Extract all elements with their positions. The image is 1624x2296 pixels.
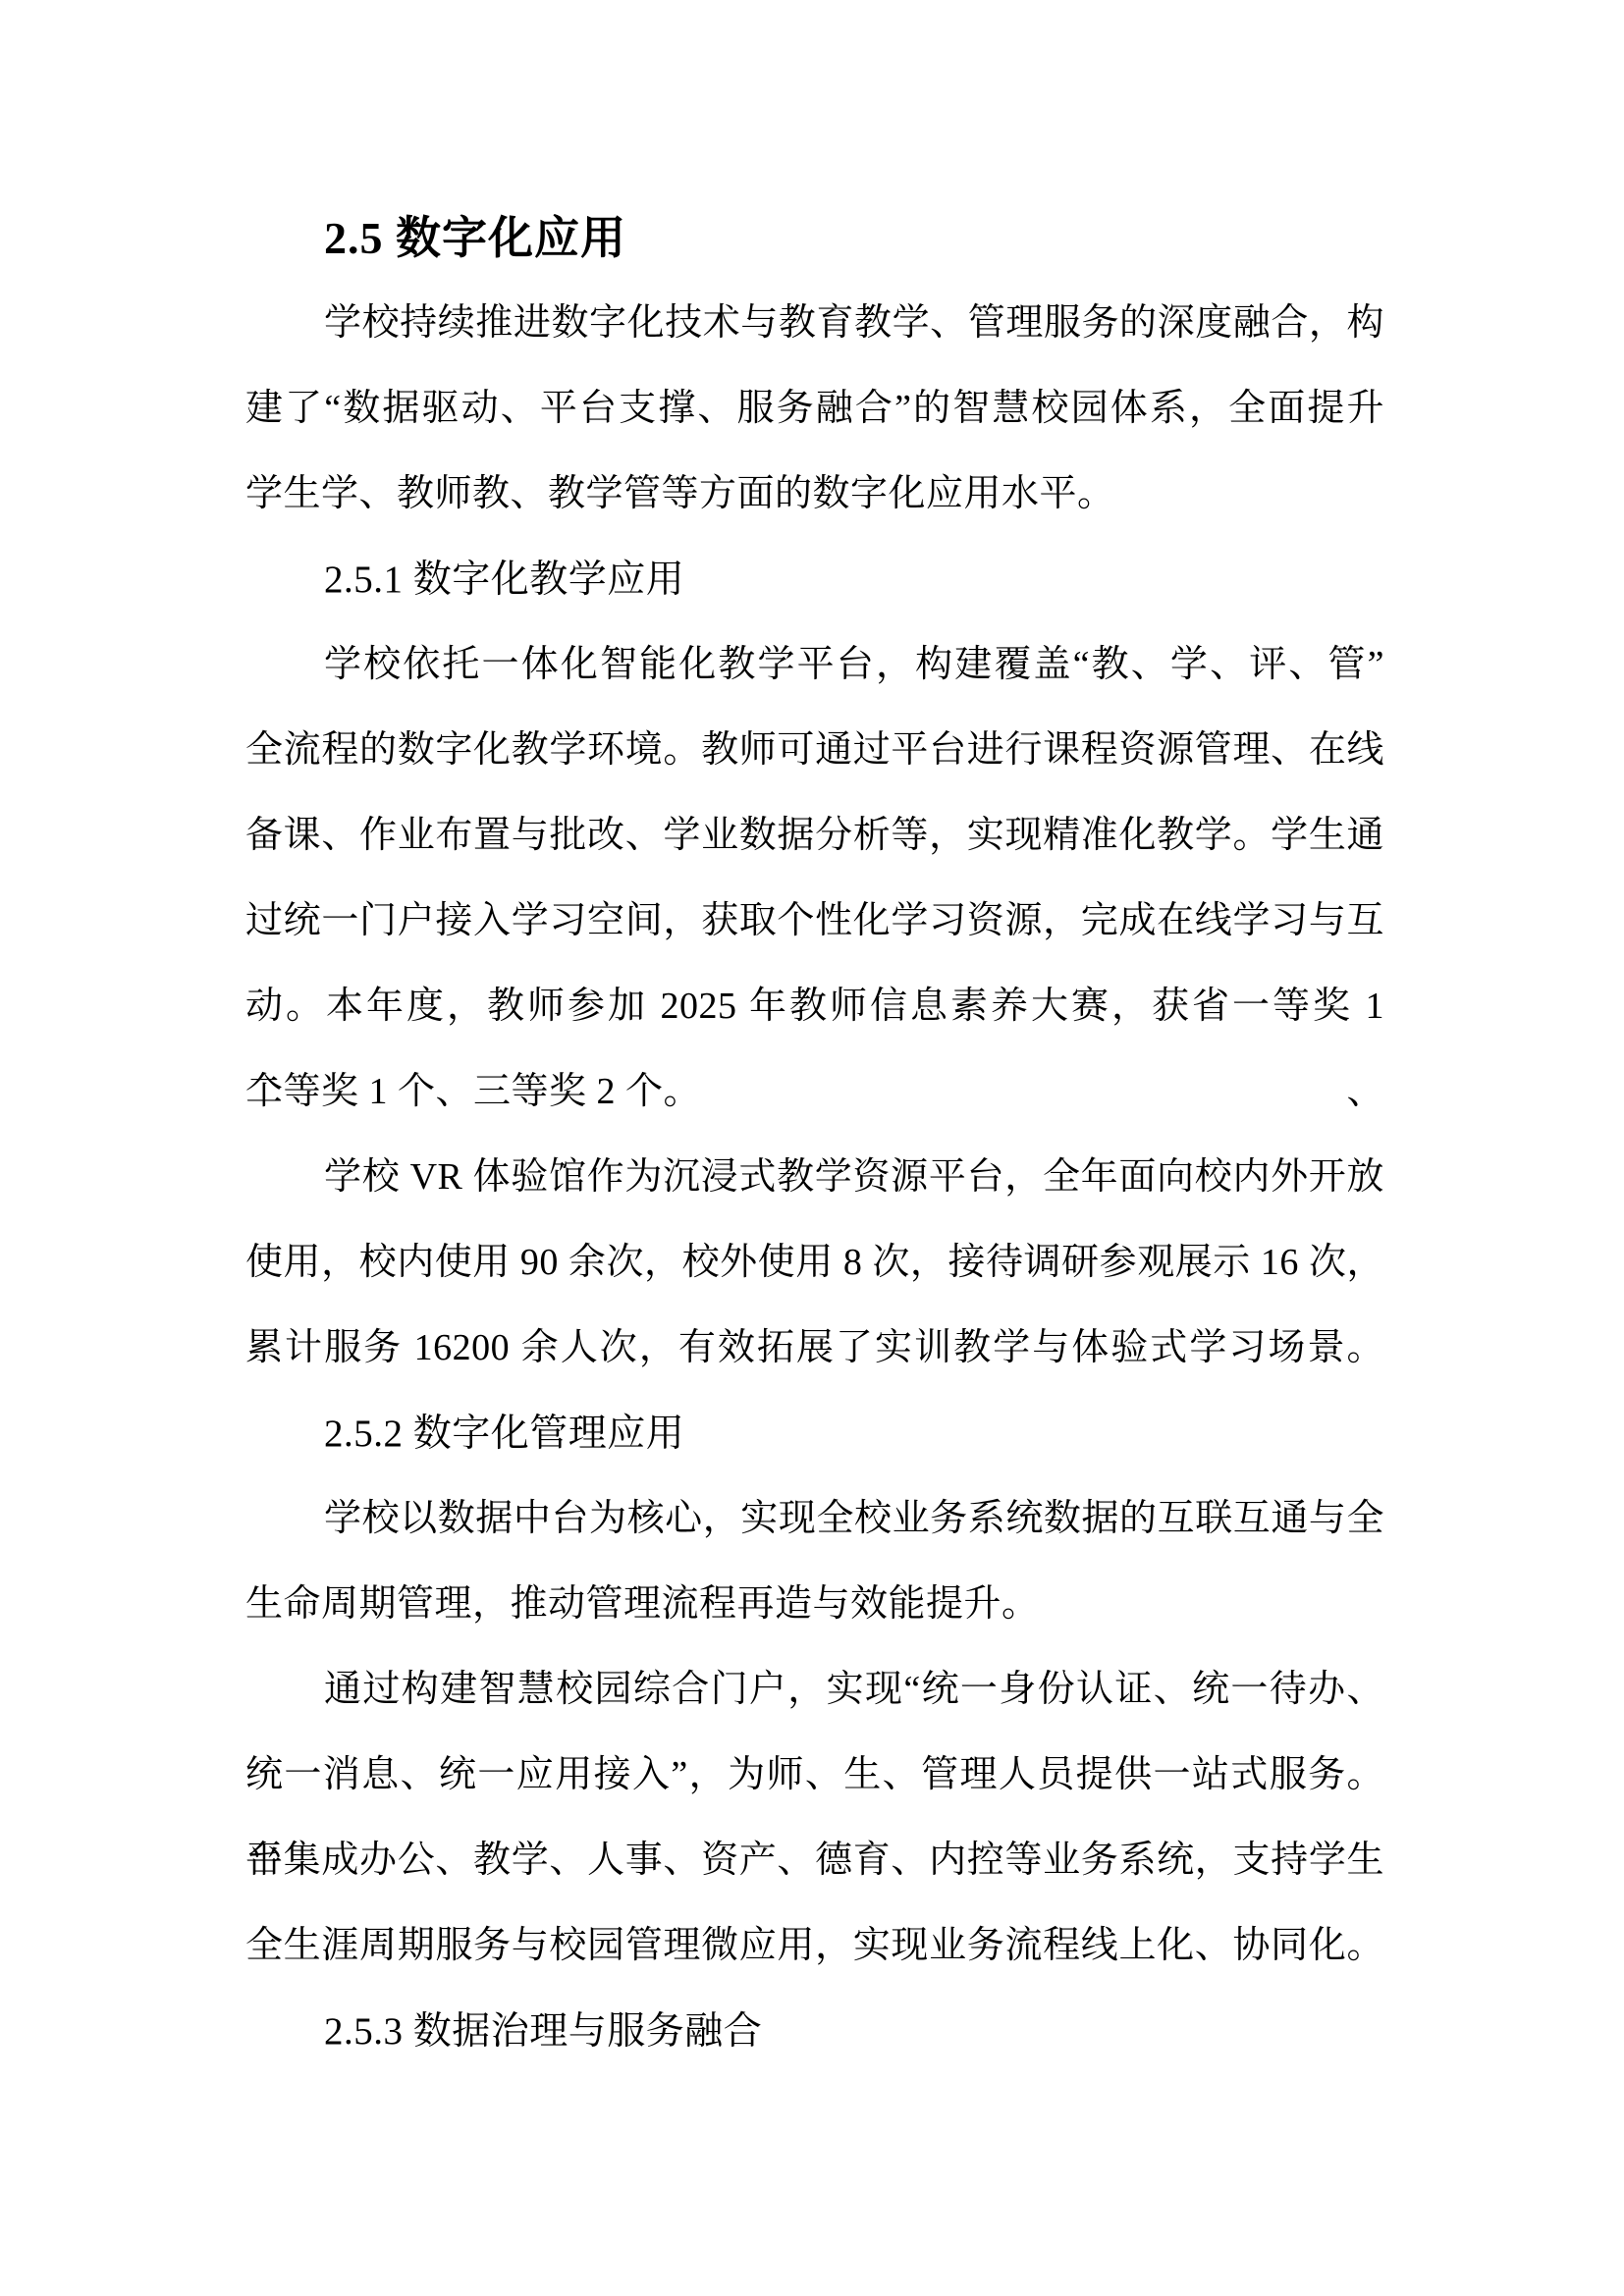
section-heading-2-5: 2.5 数字化应用 bbox=[245, 195, 1384, 281]
paragraph-line: 全生涯周期服务与校园管理微应用，实现业务流程线上化、协同化。 bbox=[245, 1903, 1384, 1989]
paragraph-line: 全流程的数字化教学环境。教师可通过平台进行课程资源管理、在线 bbox=[245, 708, 1384, 793]
paragraph-line: 统一消息、统一应用接入”，为师、生、管理人员提供一站式服务。平 bbox=[245, 1733, 1384, 1818]
paragraph-line: 过统一门户接入学习空间，获取个性化学习资源，完成在线学习与互 bbox=[245, 879, 1384, 964]
paragraph-line: 台集成办公、教学、人事、资产、德育、内控等业务系统，支持学生 bbox=[245, 1818, 1384, 1903]
subsection-heading-2-5-3: 2.5.3 数据治理与服务融合 bbox=[245, 1989, 1384, 2074]
paragraph-line: 通过构建智慧校园综合门户，实现“统一身份认证、统一待办、 bbox=[245, 1647, 1384, 1733]
paragraph-line: 累计服务 16200 余人次，有效拓展了实训教学与体验式学习场景。 bbox=[245, 1306, 1384, 1391]
paragraph-line: 使用，校内使用 90 余次，校外使用 8 次，接待调研参观展示 16 次， bbox=[245, 1220, 1384, 1306]
document-page: 2.5 数字化应用 学校持续推进数字化技术与教育教学、管理服务的深度融合，构 建… bbox=[0, 0, 1624, 2296]
paragraph-line: 备课、作业布置与批改、学业数据分析等，实现精准化教学。学生通 bbox=[245, 793, 1384, 879]
paragraph-line: 生命周期管理，推动管理流程再造与效能提升。 bbox=[245, 1562, 1384, 1647]
subsection-heading-2-5-2: 2.5.2 数字化管理应用 bbox=[245, 1391, 1384, 1476]
paragraph-line: 建了“数据驱动、平台支撑、服务融合”的智慧校园体系，全面提升 bbox=[245, 366, 1384, 452]
paragraph-line: 学校 VR 体验馆作为沉浸式教学资源平台，全年面向校内外开放 bbox=[245, 1135, 1384, 1220]
subsection-heading-2-5-1: 2.5.1 数字化教学应用 bbox=[245, 537, 1384, 622]
paragraph-line: 学生学、教师教、教学管等方面的数字化应用水平。 bbox=[245, 452, 1384, 537]
paragraph-line: 学校持续推进数字化技术与教育教学、管理服务的深度融合，构 bbox=[245, 281, 1384, 366]
paragraph-line: 学校依托一体化智能化教学平台，构建覆盖“教、学、评、管” bbox=[245, 622, 1384, 708]
paragraph-line: 学校以数据中台为核心，实现全校业务系统数据的互联互通与全 bbox=[245, 1476, 1384, 1562]
paragraph-line: 动。本年度，教师参加 2025 年教师信息素养大赛，获省一等奖 1 个、 bbox=[245, 964, 1384, 1049]
